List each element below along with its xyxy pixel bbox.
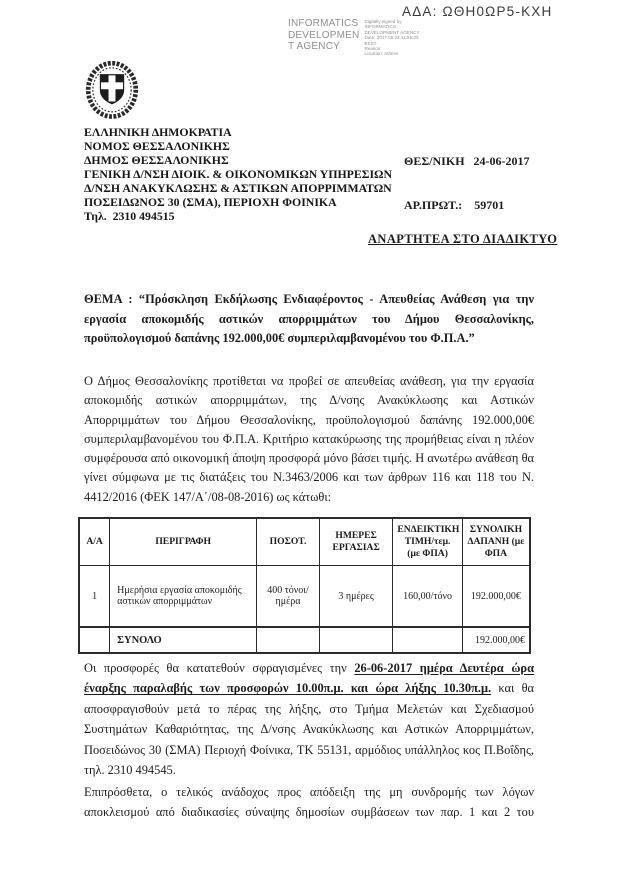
letterhead-phone: Τηλ. 2310 494515 [84,209,392,223]
protocol-label: ΑΡ.ΠΡΩΤ.: [404,198,462,212]
col-header-description: ΠΕΡΙΓΡΑΦΗ [110,518,257,566]
protocol-value: 59701 [474,198,504,212]
table-total-row: ΣΥΝΟΛΟ 192.000,00€ [79,627,530,653]
cell-quantity: 400 τόνοι/ημέρα [257,566,320,628]
col-header-aa: Α/Α [79,518,110,566]
letterhead-line: ΓΕΝΙΚΗ Δ/ΝΣΗ ΔΙΟΙΚ. & ΟΙΚΟΝΟΜΙΚΩΝ ΥΠΗΡΕΣ… [84,167,392,181]
table-row: 1 Ημερήσια εργασία αποκομιδής αστικών απ… [79,566,530,628]
date-value: 24-06-2017 [474,154,530,168]
col-header-days: ΗΜΕΡΕΣ ΕΡΓΑΣΙΑΣ [319,518,393,566]
signature-agency-name: INFORMATICS DEVELOPMEN T AGENCY [288,18,359,57]
col-header-unit-price: ΕΝΔΕΙΚΤΙΚΗ ΤΙΜΗ/τεμ. (με ΦΠΑ) [393,518,462,566]
table-header-row: Α/Α ΠΕΡΙΓΡΑΦΗ ΠΟΣΟΤ. ΗΜΕΡΕΣ ΕΡΓΑΣΙΑΣ ΕΝΔ… [79,518,530,566]
offers-text-suffix: και θα αποσφραγισθούν μετά το πέρας της … [84,681,534,777]
col-header-total: ΣΥΝΟΛΙΚΗ ΔΑΠΑΝΗ (με ΦΠΑ [462,518,530,566]
city-date-line: ΘΕΣ/ΝΙΚΗ 24-06-2017 [404,154,530,169]
signature-details: Digitally signed by INFORMATICS DEVELOPM… [364,18,419,57]
letterhead: ΕΛΛΗΝΙΚΗ ΔΗΜΟΚΡΑΤΙΑ ΝΟΜΟΣ ΘΕΣΣΑΛΟΝΙΚΗΣ Δ… [84,125,392,223]
cell-description: Ημερήσια εργασία αποκομιδής αστικών απορ… [110,566,257,628]
date-protocol-block: ΘΕΣ/ΝΙΚΗ 24-06-2017 ΑΡ.ΠΡΩΤ.: 59701 [404,125,530,241]
cost-table: Α/Α ΠΕΡΙΓΡΑΦΗ ΠΟΣΟΤ. ΗΜΕΡΕΣ ΕΡΓΑΣΙΑΣ ΕΝΔ… [78,517,531,654]
cell-days: 3 ημέρες [319,566,393,628]
document-page: ΑΔΑ: ΩΘΗ0ΩΡ5-ΚΧΗ INFORMATICS DEVELOPMEN … [0,0,620,878]
protocol-line: ΑΡ.ΠΡΩΤ.: 59701 [404,198,530,213]
subject-paragraph: ΘΕΜΑ : “Πρόσκληση Εκδήλωσης Ενδιαφέροντο… [84,290,534,349]
letterhead-line: ΠΟΣΕΙΔΩΝΟΣ 30 (ΣΜΑ), ΠΕΡΙΟΧΗ ΦΟΙΝΙΚΑ [84,195,392,209]
cell-unit-price: 160,00/τόνο [393,566,462,628]
greek-coat-of-arms-icon [83,58,141,124]
body-paragraph: Ο Δήμος Θεσσαλονίκης προτίθεται να προβε… [84,372,534,507]
closing-paragraph: Επιπρόσθετα, ο τελικός ανάδοχος προς από… [84,782,534,823]
total-label: ΣΥΝΟΛΟ [110,627,257,653]
digital-signature-stamp: INFORMATICS DEVELOPMEN T AGENCY Digitall… [288,18,420,57]
cell-total: 192.000,00€ [462,566,530,628]
offers-text-prefix: Οι προσφορές θα κατατεθούν σφραγισμένες … [84,661,354,675]
web-posting-notice: ΑΝΑΡΤΗΤΕΑ ΣΤΟ ΔΙΑΔΙΚΤΥΟ [368,232,557,247]
total-value: 192.000,00€ [462,627,530,653]
letterhead-line: Δ/ΝΣΗ ΑΝΑΚΥΚΛΩΣΗΣ & ΑΣΤΙΚΩΝ ΑΠΟΡΡΙΜΜΑΤΩΝ [84,181,392,195]
col-header-quantity: ΠΟΣΟΤ. [257,518,320,566]
letterhead-line: ΝΟΜΟΣ ΘΕΣΣΑΛΟΝΙΚΗΣ [84,139,392,153]
letterhead-line: ΕΛΛΗΝΙΚΗ ΔΗΜΟΚΡΑΤΙΑ [84,125,392,139]
ada-code: ΑΔΑ: ΩΘΗ0ΩΡ5-ΚΧΗ [402,4,552,19]
city-label: ΘΕΣ/ΝΙΚΗ [404,154,465,168]
letterhead-line: ΔΗΜΟΣ ΘΕΣΣΑΛΟΝΙΚΗΣ [84,153,392,167]
offers-paragraph: Οι προσφορές θα κατατεθούν σφραγισμένες … [84,658,534,780]
cell-aa: 1 [79,566,110,628]
